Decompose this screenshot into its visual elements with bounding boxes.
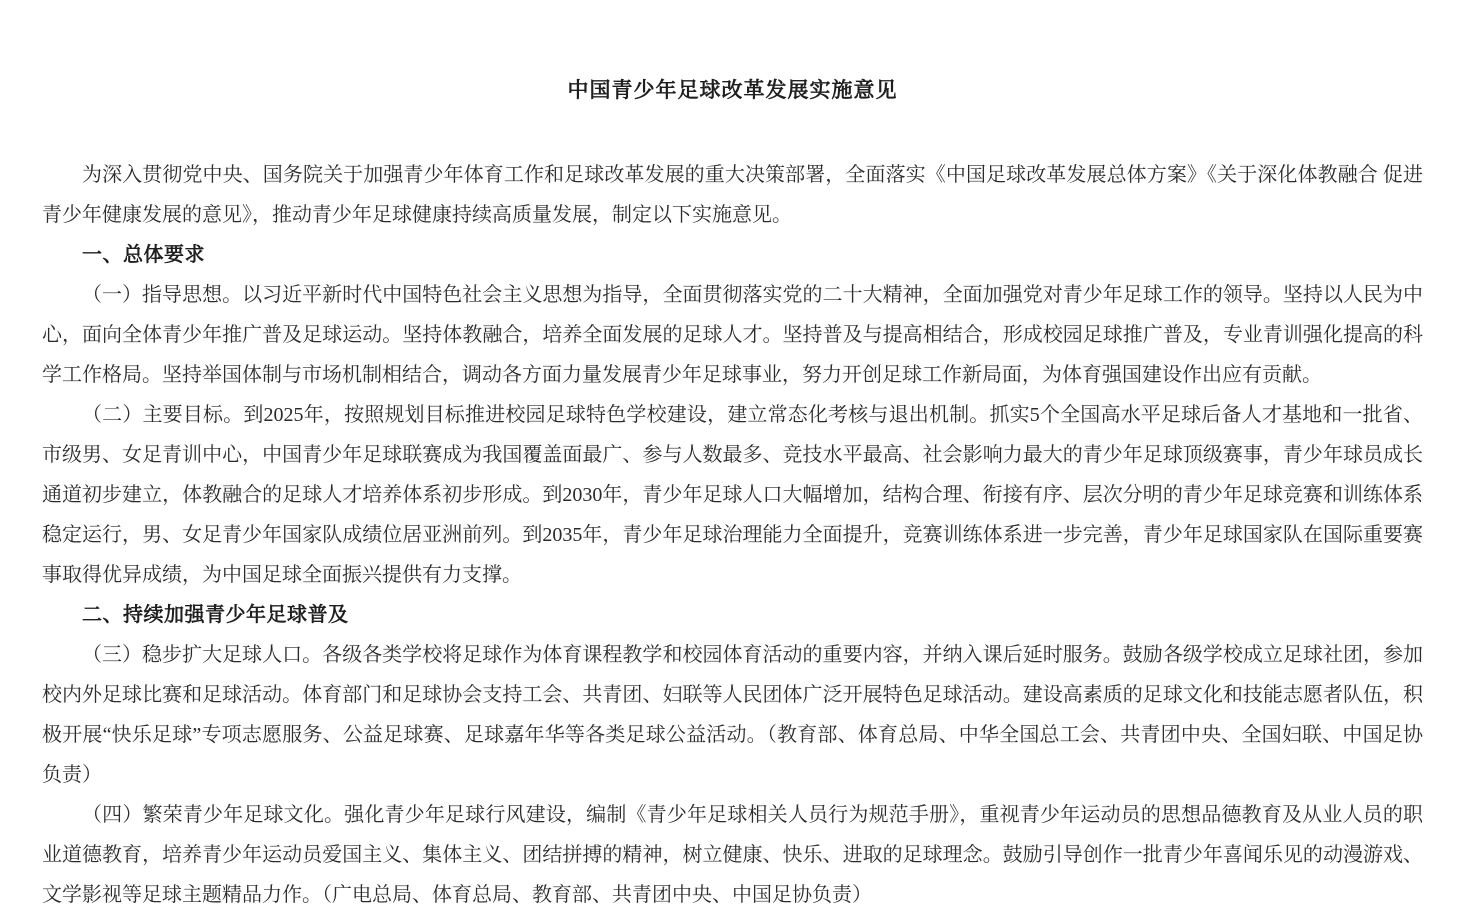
paragraph-youth-football-culture: （四）繁荣青少年足球文化。强化青少年足球行风建设，编制《青少年足球相关人员行为规… [42,795,1423,915]
paragraph-guiding-ideology: （一）指导思想。以习近平新时代中国特色社会主义思想为指导，全面贯彻落实党的二十大… [42,275,1423,395]
section-heading-overall-requirements: 一、总体要求 [42,235,1423,275]
paragraph-main-goals: （二）主要目标。到2025年，按照规划目标推进校园足球特色学校建设，建立常态化考… [42,395,1423,595]
document-body: 中国青少年足球改革发展实施意见 为深入贯彻党中央、国务院关于加强青少年体育工作和… [0,0,1470,915]
section-heading-youth-football-popularization: 二、持续加强青少年足球普及 [42,595,1423,635]
paragraph-expand-football-population: （三）稳步扩大足球人口。各级各类学校将足球作为体育课程教学和校园体育活动的重要内… [42,635,1423,795]
document-title: 中国青少年足球改革发展实施意见 [42,78,1423,102]
document-page: 中国青少年足球改革发展实施意见 为深入贯彻党中央、国务院关于加强青少年体育工作和… [0,0,1470,921]
paragraph-preamble: 为深入贯彻党中央、国务院关于加强青少年体育工作和足球改革发展的重大决策部署，全面… [42,155,1423,235]
